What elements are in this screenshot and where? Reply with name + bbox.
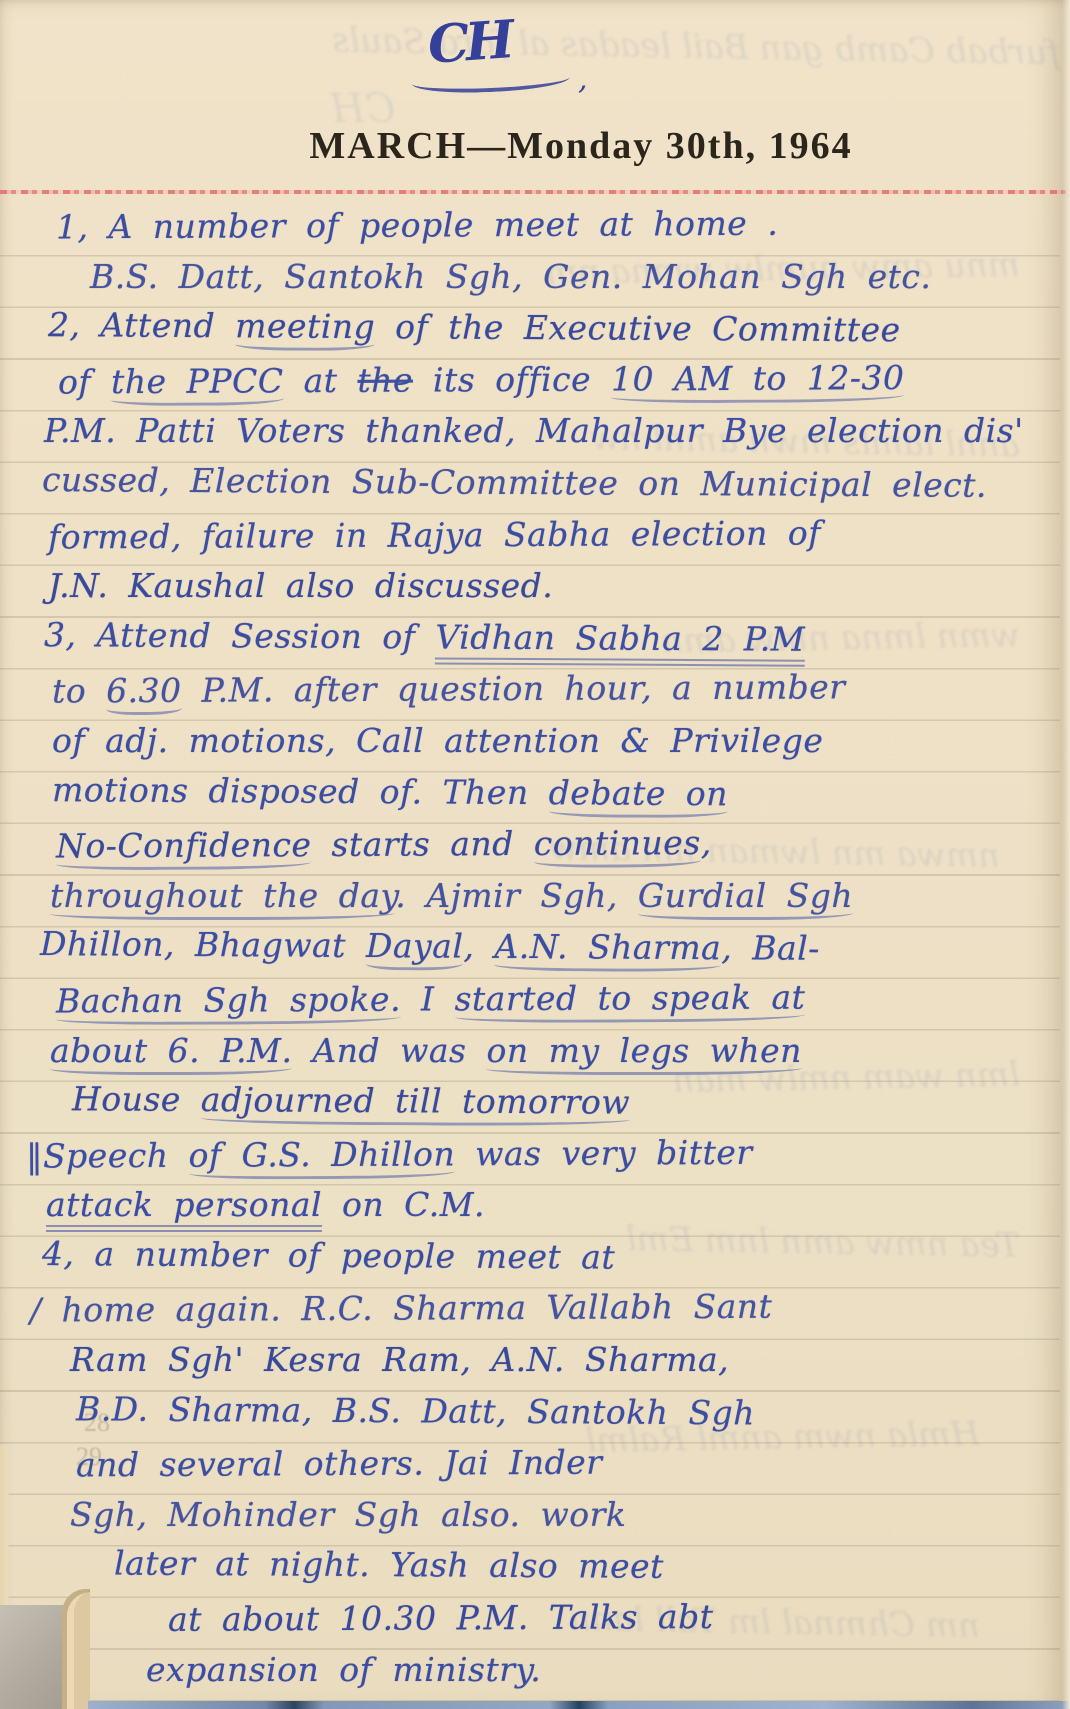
handwritten-line: about 6. P.M. And was on my legs when: [18, 1025, 1030, 1077]
handwritten-line: motions disposed of. Then debate on: [18, 763, 1030, 821]
underlined-text: A.N. Sharma: [494, 927, 721, 972]
underlined-text: meeting: [235, 306, 375, 351]
handwritten-line: / home again. R.C. Sharma Vallabh Sant: [18, 1280, 1030, 1337]
struck-text: the: [357, 360, 413, 399]
handwriting-text: 2, Attend: [48, 305, 235, 345]
handwriting-text: of: [58, 362, 111, 401]
handwritten-line: B.S. Datt, Santokh Sgh, Gen. Mohan Sgh e…: [18, 251, 1030, 303]
worn-corner-backing: [0, 1605, 66, 1709]
underlined-text: Bachan Sgh spoke.: [56, 980, 401, 1026]
handwriting-text: cussed, Election Sub-Committee on Munici…: [42, 460, 987, 505]
handwriting-text: at: [283, 361, 357, 400]
handwriting-text: , Bal-: [721, 929, 820, 969]
underlined-text: on my legs when: [486, 1031, 801, 1075]
handwriting-text: and several others. Jai Inder: [76, 1443, 603, 1485]
handwriting-text: . Ajmir Sgh,: [395, 876, 638, 915]
handwriting-text: ,: [701, 823, 712, 862]
underlined-text: about 6. P.M.: [50, 1031, 292, 1075]
handwritten-line: J.N. Kaushal also discussed.: [18, 560, 1030, 612]
handwritten-line: House adjourned till tomorrow: [18, 1073, 1030, 1131]
handwriting-text: Dhillon, Bhagwat: [40, 924, 366, 965]
handwriting-text: motions disposed of. Then: [52, 770, 549, 812]
heading-underline-stroke: [412, 67, 571, 95]
handwritten-line: 4, a number of people meet at: [18, 1228, 1030, 1286]
handwriting-text: Sgh, Mohinder Sgh also. work: [70, 1495, 626, 1534]
handwriting-text: ‖Speech: [26, 1135, 189, 1175]
handwritten-line: Dhillon, Bhagwat Dayal, A.N. Sharma, Bal…: [18, 918, 1030, 976]
scanner-bottom-band: [88, 1701, 1070, 1709]
page-left-edge: [0, 1445, 10, 1605]
handwriting-text: J.N. Kaushal also discussed.: [48, 566, 553, 605]
underlined-text: the PPCC: [111, 361, 284, 406]
handwriting-text: P.M. after question hour, a number: [182, 668, 846, 710]
handwritten-line: formed, failure in Rajya Sabha election …: [18, 506, 1030, 563]
handwriting-text: I: [401, 979, 455, 1018]
handwritten-line: of the PPCC at the its office 10 AM to 1…: [18, 351, 1030, 408]
handwriting-text: was very bitter: [455, 1132, 753, 1173]
handwritten-line: P.M. Patti Voters thanked, Mahalpur Bye …: [18, 405, 1030, 457]
underlined-text: throughout the day: [50, 876, 395, 920]
underlined-text: 10 AM to 12-30: [611, 358, 905, 404]
handwritten-line: B.D. Sharma, B.S. Datt, Santokh Sgh: [18, 1383, 1030, 1441]
handwriting-text: formed, failure in Rajya Sabha election …: [48, 513, 821, 556]
handwriting-text: House: [72, 1079, 201, 1119]
handwriting-text: 3, Attend Session of: [44, 615, 436, 656]
handwriting-text: B.D. Sharma, B.S. Datt, Santokh Sgh: [76, 1389, 755, 1432]
handwriting-text: / home again. R.C. Sharma Vallabh Sant: [30, 1287, 773, 1330]
entry-lines: 1, A number of people meet at home .B.S.…: [18, 199, 1030, 1695]
handwritten-line: Ram Sgh' Kesra Ram, A.N. Sharma,: [18, 1334, 1030, 1386]
underlined-text: 6.30: [106, 671, 182, 715]
underlined-text: debate on: [548, 773, 728, 818]
handwritten-line: to 6.30 P.M. after question hour, a numb…: [18, 661, 1030, 718]
handwritten-line: 1, A number of people meet at home .: [18, 196, 1030, 253]
handwritten-line: Bachan Sgh spoke. I started to speak at: [18, 970, 1030, 1027]
handwritten-line: later at night. Yash also meet: [18, 1537, 1030, 1595]
handwriting-text: starts and: [311, 824, 534, 864]
page-right-edge: [1062, 0, 1070, 1709]
handwritten-line: attack personal on C.M.: [18, 1179, 1030, 1231]
handwritten-line: 3, Attend Session of Vidhan Sabha 2 P.M: [18, 609, 1030, 667]
handwriting-text: its office: [413, 359, 611, 399]
handwriting-text: of the Executive Committee: [375, 307, 901, 349]
underlined-text: adjourned till tomorrow: [201, 1080, 630, 1127]
handwritten-line: expansion of ministry.: [18, 1644, 1030, 1696]
handwritten-line: ‖Speech of G.S. Dhillon was very bitter: [18, 1125, 1030, 1182]
handwriting-text: expansion of ministry.: [146, 1650, 541, 1689]
handwriting-text: P.M. Patti Voters thanked, Mahalpur Bye …: [44, 411, 1024, 450]
handwritten-line: at about 10.30 P.M. Talks abt: [18, 1589, 1030, 1646]
handwritten-heading-ch: CH: [426, 9, 513, 76]
printed-date-header: MARCH—Monday 30th, 1964: [46, 124, 1070, 168]
diary-page: furbab Camb gan Bail leadas al ford Saul…: [0, 0, 1070, 1709]
handwritten-line: and several others. Jai Inder: [18, 1435, 1030, 1492]
handwritten-line: throughout the day. Ajmir Sgh, Gurdial S…: [18, 870, 1030, 922]
handwriting-text: 1, A number of people meet at home .: [56, 204, 778, 247]
bleedthrough-text: furbab Camb gan Bail leadas al ford Saul…: [10, 15, 1061, 73]
handwritten-line: cussed, Election Sub-Committee on Munici…: [18, 454, 1030, 512]
handwriting-text: And was: [292, 1031, 486, 1070]
underlined-text: continues: [534, 823, 701, 868]
underlined-text: started to speak at: [454, 977, 805, 1023]
handwriting-text: to: [52, 672, 106, 711]
handwritten-line: No-Confidence starts and continues,: [18, 815, 1030, 872]
handwriting-text: ,: [463, 927, 494, 966]
underlined-text: No-Confidence: [56, 825, 312, 870]
handwriting-text: at about 10.30 P.M. Talks abt: [168, 1597, 714, 1639]
handwritten-line: 2, Attend meeting of the Executive Commi…: [18, 299, 1030, 357]
handwriting-text: Ram Sgh' Kesra Ram, A.N. Sharma,: [70, 1340, 729, 1379]
handwriting-text: of adj. motions, Call attention & Privil…: [52, 721, 823, 760]
handwritten-line: Sgh, Mohinder Sgh also. work: [18, 1489, 1030, 1541]
handwritten-line: of adj. motions, Call attention & Privil…: [18, 715, 1030, 767]
underlined-text: Dayal: [366, 926, 464, 971]
heading-tick-mark: ,: [578, 62, 588, 97]
underlined-text: of G.S. Dhillon: [188, 1134, 455, 1179]
date-divider-rule: [0, 190, 1070, 194]
handwriting-text: 4, a number of people meet at: [42, 1234, 615, 1277]
underlined-text: attack personal: [46, 1185, 322, 1232]
handwriting-text: B.S. Datt, Santokh Sgh, Gen. Mohan Sgh e…: [90, 257, 931, 296]
underlined-text: Vidhan Sabha 2 P.M: [435, 617, 805, 666]
under-pages-corner-stack: [62, 1589, 90, 1709]
underlined-text: Gurdial Sgh: [638, 876, 853, 920]
handwriting-text: on C.M.: [322, 1185, 485, 1224]
handwriting-text: later at night. Yash also meet: [114, 1544, 664, 1586]
